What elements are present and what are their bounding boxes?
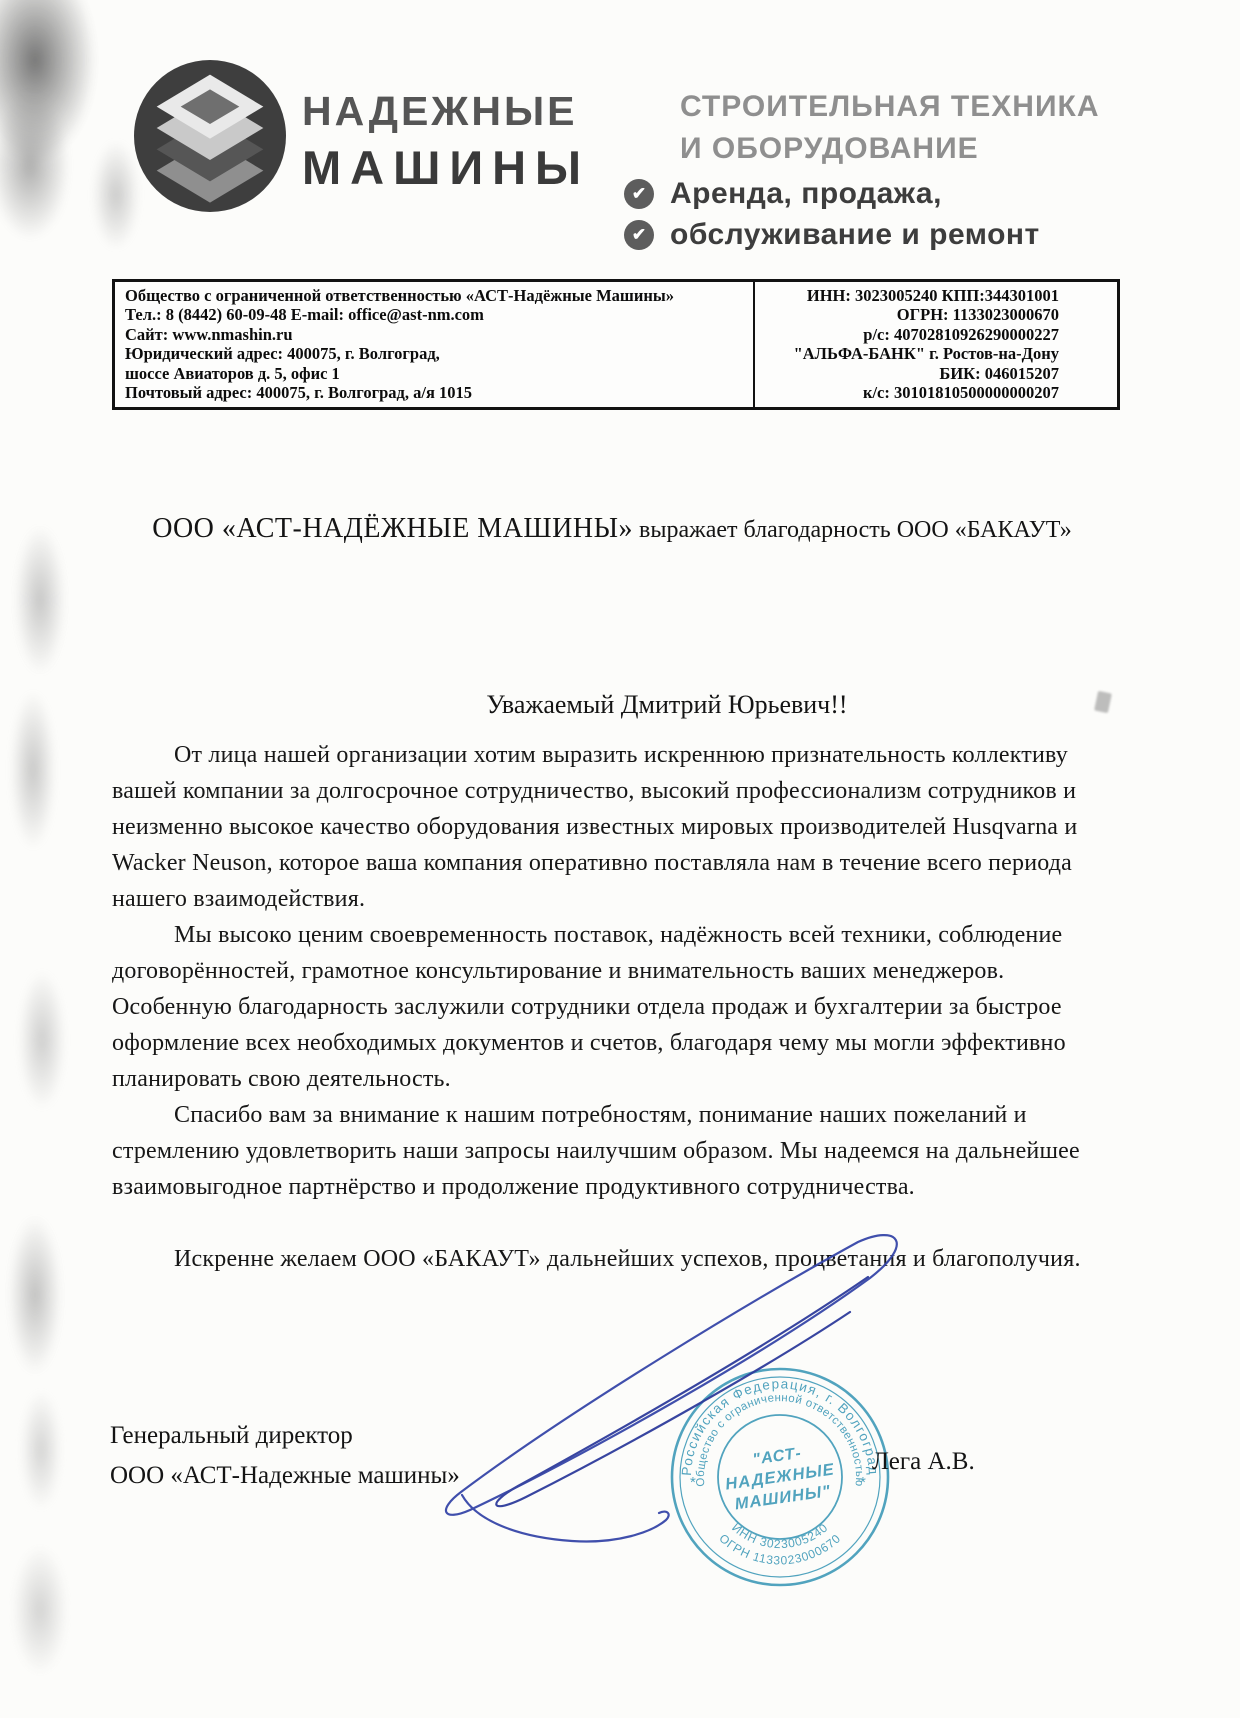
tagline-title: СТРОИТЕЛЬНАЯ ТЕХНИКА И ОБОРУДОВАНИЕ — [680, 86, 1099, 170]
logo-text-line2: МАШИНЫ — [302, 140, 590, 195]
info-line: Тел.: 8 (8442) 60-09-48 E-mail: office@a… — [125, 305, 745, 324]
info-line: ОГРН: 1133023000670 — [761, 305, 1059, 324]
letter-page: НАДЕЖНЫЕ МАШИНЫ СТРОИТЕЛЬНАЯ ТЕХНИКА И О… — [0, 0, 1240, 1718]
company-contacts: Общество с ограниченной ответственностью… — [115, 282, 755, 407]
logo-text: НАДЕЖНЫЕ МАШИНЫ — [302, 88, 590, 216]
service-bullet: ✔ Аренда, продажа, — [624, 177, 1099, 211]
layers-logo-icon — [130, 56, 290, 216]
info-line: ИНН: 3023005240 КПП:344301001 — [761, 286, 1059, 305]
signer-name: Лега А.В. — [872, 1448, 975, 1476]
scan-smudge — [12, 1545, 68, 1675]
signer-title-line2: ООО «АСТ-Надежные машины» — [110, 1456, 460, 1496]
scan-smudge — [0, 0, 95, 160]
info-line: Общество с ограниченной ответственностью… — [125, 286, 745, 305]
company-info-box: Общество с ограниченной ответственностью… — [112, 279, 1120, 410]
tagline-title-line2: И ОБОРУДОВАНИЕ — [680, 128, 1099, 170]
info-line: к/с: 30101810500000000207 — [761, 383, 1059, 402]
tagline-title-line1: СТРОИТЕЛЬНАЯ ТЕХНИКА — [680, 86, 1099, 128]
handwritten-signature — [420, 1180, 980, 1610]
company-logo: НАДЕЖНЫЕ МАШИНЫ — [130, 56, 590, 216]
scan-smudge — [14, 525, 66, 675]
logo-text-line1: НАДЕЖНЫЕ — [302, 88, 590, 135]
signer-title: Генеральный директор ООО «АСТ-Надежные м… — [110, 1416, 460, 1496]
check-circle-icon: ✔ — [624, 220, 654, 250]
info-line: шоссе Авиаторов д. 5, офис 1 — [125, 364, 745, 383]
info-line: Сайт: www.nmashin.ru — [125, 325, 745, 344]
signature-stroke — [496, 1277, 868, 1506]
service-bullet-label: обслуживание и ремонт — [670, 218, 1040, 252]
scan-smudge — [10, 690, 56, 850]
header-tagline: СТРОИТЕЛЬНАЯ ТЕХНИКА И ОБОРУДОВАНИЕ ✔ Ар… — [620, 86, 1099, 252]
scan-smudge — [0, 90, 70, 240]
service-bullet-label: Аренда, продажа, — [670, 177, 942, 211]
info-line: "АЛЬФА-БАНК" г. Ростов-на-Дону — [761, 344, 1059, 363]
info-line: Почтовый адрес: 400075, г. Волгоград, а/… — [125, 383, 745, 402]
paragraph: От лица нашей организации хотим выразить… — [112, 737, 1094, 917]
check-circle-icon: ✔ — [624, 179, 654, 209]
heading-company-name: ООО «АСТ-НАДЁЖНЫЕ МАШИНЫ» — [152, 513, 633, 544]
service-bullet: ✔ обслуживание и ремонт — [624, 218, 1099, 252]
signer-title-line1: Генеральный директор — [110, 1416, 460, 1456]
info-line: БИК: 046015207 — [761, 364, 1059, 383]
salutation: Уважаемый Дмитрий Юрьевич!! — [167, 690, 1167, 720]
info-line: р/с: 40702810926290000227 — [761, 325, 1059, 344]
heading-text: выражает благодарность ООО «БАКАУТ» — [633, 517, 1072, 543]
signature-stroke — [462, 1495, 669, 1541]
scan-smudge — [8, 1215, 62, 1375]
signature-stroke — [446, 1235, 897, 1515]
scan-smudge — [18, 970, 66, 1110]
info-line: Юридический адрес: 400075, г. Волгоград, — [125, 344, 745, 363]
scan-smudge — [20, 1390, 62, 1510]
letter-heading: ООО «АСТ-НАДЁЖНЫЕ МАШИНЫ» выражает благо… — [112, 513, 1112, 545]
company-requisites: ИНН: 3023005240 КПП:344301001 ОГРН: 1133… — [755, 282, 1117, 407]
paragraph: Мы высоко ценим своевременность поставок… — [112, 917, 1094, 1097]
